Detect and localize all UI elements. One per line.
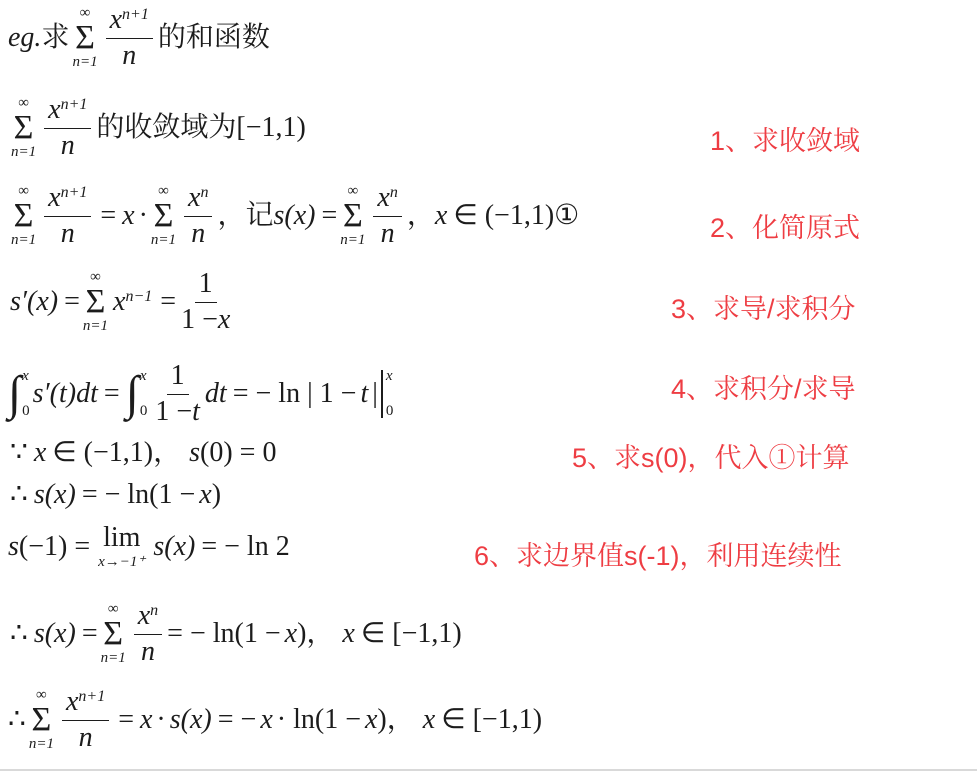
eg-label: eg. — [8, 22, 41, 54]
var-t: t — [192, 396, 200, 428]
fraction-one-over-1mt: 1 1 − t — [155, 360, 200, 428]
fraction-x-n-over-n: xn n — [373, 182, 401, 250]
integral-operator: ∫ x 0 — [126, 367, 148, 421]
fraction-denominator: n — [61, 129, 75, 162]
exponent-nm1: n−1 — [125, 288, 152, 305]
lim-word: lim — [103, 524, 140, 552]
therefore-symbol: ∴ — [8, 704, 26, 736]
close-paren-comma: )， — [377, 704, 414, 736]
s-prime-of-x: s′(x) — [10, 286, 58, 318]
var-x: x — [285, 618, 297, 650]
var-x: x — [48, 182, 60, 214]
lower-limit-zero: 0 — [140, 403, 148, 420]
integral-limits: x 0 — [140, 367, 148, 421]
var-x: x — [48, 94, 60, 126]
lower-limit: n=1 — [29, 737, 54, 752]
fraction-denominator: n — [381, 217, 395, 250]
summation-symbol: ∞ Σ n=1 — [72, 6, 97, 70]
sigma-icon: Σ — [14, 111, 34, 145]
sigma-icon: Σ — [75, 21, 95, 55]
equals-sign: = — [160, 286, 176, 318]
boundary-value-line: s (−1) = lim x→−1⁺ s(x) = − ln 2 — [8, 524, 290, 570]
numeral-one: 1 — [171, 360, 185, 392]
dot-ln-open: · ln(1 − — [277, 704, 361, 736]
arg-minus-one-equals: (−1) = — [19, 531, 90, 563]
domain-interval: ∈ [−1,1) — [361, 618, 462, 650]
step-6-annotation: 6、求边界值s(-1)，利用连续性 — [474, 534, 842, 573]
domain-text: ∈ (−1,1)， — [52, 437, 181, 469]
var-x: x — [122, 200, 134, 232]
equals-minus: = − — [218, 704, 257, 736]
var-x: x — [199, 479, 211, 511]
fraction-numerator: xn+1 — [62, 686, 109, 721]
integral-icon: ∫ — [8, 370, 21, 418]
equals-sign: = — [100, 200, 116, 232]
step-5-annotation: 5、求s(0)，代入①计算 — [572, 436, 850, 475]
integral-limits: x 0 — [22, 367, 30, 421]
fraction-numerator: xn — [134, 600, 162, 635]
integrand-s-prime: s′(t)dt — [33, 378, 98, 410]
sigma-icon: Σ — [103, 617, 123, 651]
var-x: x — [140, 704, 152, 736]
conclusion-sx-line: ∴ s(x) = ∞ Σ n=1 xn n = − ln(1 − x )， x … — [10, 600, 462, 668]
fraction-denominator: n — [79, 721, 93, 754]
sigma-icon: Σ — [154, 199, 174, 233]
abs-bar: | — [372, 378, 378, 410]
exponent-n: n — [150, 602, 158, 619]
simplify-define-line: ∞ Σ n=1 xn+1 n = x · ∞ Σ n=1 xn n ， 记 s(… — [8, 182, 579, 250]
summation-symbol: ∞ Σ n=1 — [101, 602, 126, 666]
exponent-n: n — [390, 184, 398, 201]
step-2-annotation: 2、化简原式 — [710, 206, 860, 245]
summation-symbol: ∞ Σ n=1 — [11, 96, 36, 160]
problem-statement-line: eg. 求 ∞ Σ n=1 xn+1 n 的和函数 — [8, 4, 270, 72]
var-x: x — [34, 437, 46, 469]
s-of-x: s(x) — [153, 531, 195, 563]
dot-operator: · — [139, 200, 148, 232]
lower-limit-zero: 0 — [22, 403, 30, 420]
domain-interval: ∈ [−1,1) — [441, 704, 542, 736]
fraction-denominator: n — [191, 217, 205, 250]
integral-icon: ∫ — [126, 370, 139, 418]
equals-sign: = — [64, 286, 80, 318]
var-t: t — [360, 378, 368, 410]
lower-limit: n=1 — [340, 233, 365, 248]
equals-minus-ln: = − ln(1 − — [82, 479, 195, 511]
domain-text: 的收敛域为 — [96, 112, 236, 144]
math-notes-page: eg. 求 ∞ Σ n=1 xn+1 n 的和函数 ∞ Σ n=1 xn+1 n… — [0, 0, 977, 775]
sigma-icon: Σ — [343, 199, 363, 233]
exponent-np1: n+1 — [61, 96, 88, 113]
var-s: s — [8, 531, 19, 563]
var-x: x — [110, 4, 122, 36]
lower-limit: n=1 — [83, 319, 108, 334]
summation-symbol: ∞ Σ n=1 — [29, 688, 54, 752]
fraction-denominator: n — [122, 39, 136, 72]
fraction-numerator: xn — [373, 182, 401, 217]
x-power-nm1: xn−1 — [113, 286, 152, 318]
limit-operator: lim x→−1⁺ — [98, 524, 145, 570]
evaluation-bar-line — [381, 370, 383, 418]
upper-limit-x: x — [22, 368, 30, 385]
equals-sign: = — [82, 618, 98, 650]
interval-value: [−1,1) — [236, 112, 305, 144]
fraction-numerator: xn+1 — [106, 4, 153, 39]
because-line: ∵ x ∈ (−1,1)， s (0) = 0 — [10, 437, 276, 469]
var-x: x — [218, 304, 230, 336]
equals-minus-ln2: = − ln 2 — [201, 531, 289, 563]
var-x: x — [138, 600, 150, 632]
var-x: x — [365, 704, 377, 736]
equals-minus-ln: = − ln(1 − — [167, 618, 280, 650]
sigma-icon: Σ — [14, 199, 34, 233]
s-of-x: s(x) — [34, 479, 76, 511]
fraction-numerator: xn+1 — [44, 94, 91, 129]
var-x: x — [113, 286, 125, 318]
step-4-annotation: 4、求积分/求导 — [671, 367, 856, 406]
numeral-one: 1 — [199, 268, 213, 300]
one-minus: 1 − — [181, 304, 218, 336]
lower-limit: n=1 — [11, 145, 36, 160]
equals-sign: = — [104, 378, 120, 410]
fraction-x-np1-over-n: xn+1 n — [62, 686, 109, 754]
lower-limit: n=1 — [151, 233, 176, 248]
fraction-numerator: xn+1 — [44, 182, 91, 217]
s-of-x: s(x) — [34, 618, 76, 650]
domain-with-circled-one: ∈ (−1,1)① — [453, 200, 579, 232]
one-minus: 1 − — [155, 396, 192, 428]
fraction-x-n-over-n: xn n — [134, 600, 162, 668]
close-paren: ) — [212, 479, 221, 511]
therefore-symbol: ∴ — [10, 618, 28, 650]
convergence-domain-line: ∞ Σ n=1 xn+1 n 的收敛域为 [−1,1) — [8, 94, 306, 162]
denote-text: 记 — [246, 200, 274, 232]
upper-limit-x: x — [140, 368, 148, 385]
sigma-icon: Σ — [31, 703, 51, 737]
var-x: x — [66, 686, 78, 718]
find-text: 求 — [41, 22, 69, 54]
sigma-icon: Σ — [86, 285, 106, 319]
final-conclusion-line: ∴ ∞ Σ n=1 xn+1 n = x · s(x) = − x · ln(1… — [8, 686, 542, 754]
limit-subscript: x→−1⁺ — [98, 555, 145, 570]
fraction-denominator: 1 − t — [155, 395, 200, 428]
dt-differential: dt — [205, 378, 227, 410]
minus-ln-abs: = − ln | 1 − — [233, 378, 357, 410]
fraction-x-np1-over-n: xn+1 n — [44, 94, 91, 162]
s-of-x: s(x) — [274, 200, 316, 232]
lower-limit-zero: 0 — [386, 403, 394, 420]
derivative-line: s′(x) = ∞ Σ n=1 xn−1 = 1 1 − x — [10, 268, 235, 336]
lower-limit: n=1 — [101, 651, 126, 666]
fraction-numerator: 1 — [195, 268, 217, 303]
var-x: x — [377, 182, 389, 214]
comma: ， — [217, 200, 245, 232]
summation-symbol: ∞ Σ n=1 — [83, 270, 108, 334]
var-x: x — [423, 704, 435, 736]
sum-function-text: 的和函数 — [158, 22, 270, 54]
equals-sign: = — [118, 704, 134, 736]
step-3-annotation: 3、求导/求积分 — [671, 287, 856, 326]
dot-operator: · — [156, 704, 165, 736]
var-x: x — [435, 200, 447, 232]
comma: ， — [407, 200, 435, 232]
fraction-x-n-over-n: xn n — [184, 182, 212, 250]
summation-symbol: ∞ Σ n=1 — [151, 184, 176, 248]
integral-operator: ∫ x 0 — [8, 367, 30, 421]
summation-symbol: ∞ Σ n=1 — [11, 184, 36, 248]
fraction-denominator: n — [141, 635, 155, 668]
lower-limit: n=1 — [11, 233, 36, 248]
bottom-divider — [0, 769, 977, 771]
step-1-annotation: 1、求收敛域 — [710, 119, 860, 158]
lower-limit: n=1 — [72, 55, 97, 70]
therefore-symbol: ∴ — [10, 479, 28, 511]
exponent-np1: n+1 — [78, 688, 105, 705]
therefore-sx-line: ∴ s(x) = − ln(1 − x ) — [10, 479, 221, 511]
s-zero-equals-zero: (0) = 0 — [200, 437, 276, 469]
upper-limit-x: x — [386, 368, 394, 385]
integration-line: ∫ x 0 s′(t)dt = ∫ x 0 1 1 − t dt = − ln … — [8, 360, 393, 428]
evaluation-limits: x 0 — [386, 367, 394, 421]
exponent-np1: n+1 — [122, 6, 149, 23]
equals-sign: = — [322, 200, 338, 232]
fraction-one-over-1mx: 1 1 − x — [181, 268, 230, 336]
fraction-x-np1-over-n: xn+1 n — [44, 182, 91, 250]
fraction-denominator: 1 − x — [181, 303, 230, 336]
summation-symbol: ∞ Σ n=1 — [340, 184, 365, 248]
exponent-n: n — [200, 184, 208, 201]
var-x: x — [260, 704, 272, 736]
close-paren-comma: )， — [297, 618, 334, 650]
exponent-np1: n+1 — [61, 184, 88, 201]
because-symbol: ∵ — [10, 437, 28, 469]
var-x: x — [342, 618, 354, 650]
fraction-x-np1-over-n: xn+1 n — [106, 4, 153, 72]
evaluation-bar: x 0 — [381, 367, 394, 421]
s-of-x: s(x) — [170, 704, 212, 736]
fraction-denominator: n — [61, 217, 75, 250]
fraction-numerator: 1 — [167, 360, 189, 395]
var-s: s — [189, 437, 200, 469]
var-x: x — [188, 182, 200, 214]
fraction-numerator: xn — [184, 182, 212, 217]
